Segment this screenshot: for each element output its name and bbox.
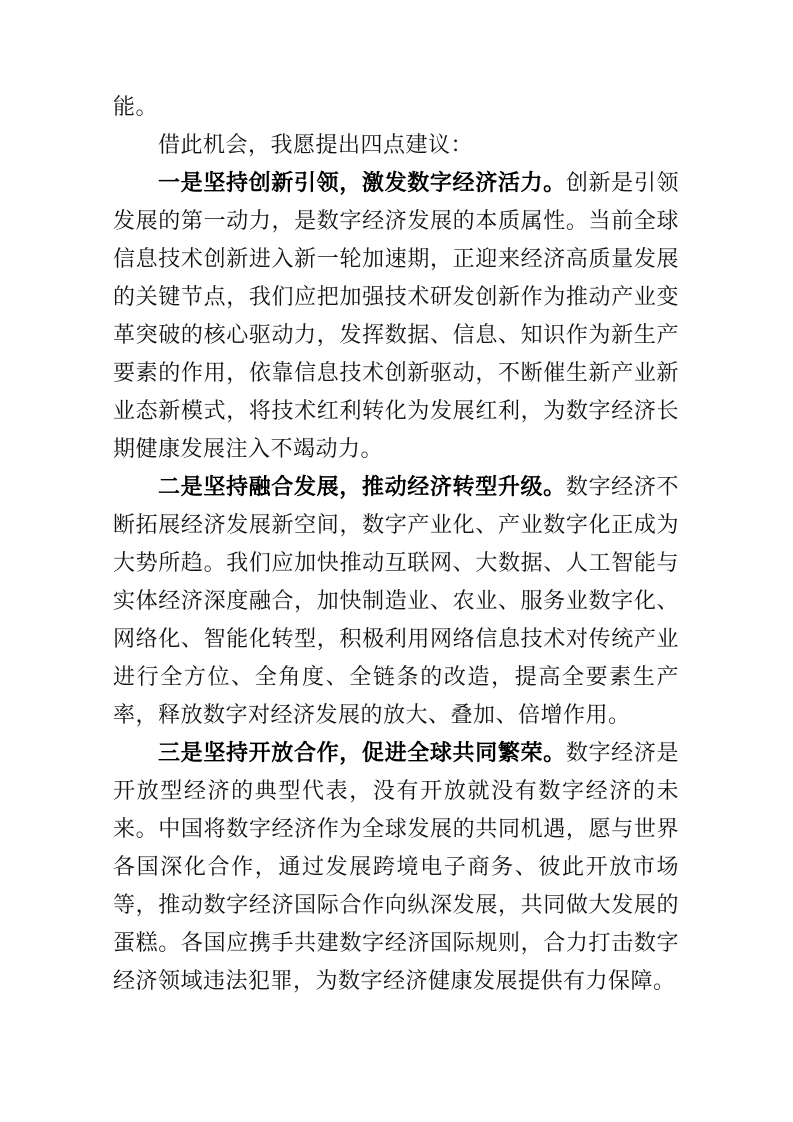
point-1-paragraph: 一是坚持创新引领，激发数字经济活力。创新是引领发展的第一动力，是数字经济发展的本… (113, 164, 679, 468)
point-1-heading: 一是坚持创新引领，激发数字经济活力。 (158, 170, 566, 195)
point-3-body: 数字经济是开放型经济的典型代表，没有开放就没有数字经济的未来。中国将数字经济作为… (113, 740, 679, 993)
point-2-paragraph: 二是坚持融合发展，推动经济转型升级。数字经济不断拓展经济发展新空间，数字产业化、… (113, 468, 679, 734)
point-3-paragraph: 三是坚持开放合作，促进全球共同繁荣。数字经济是开放型经济的典型代表，没有开放就没… (113, 734, 679, 1000)
continuation-paragraph: 能。 (113, 88, 679, 126)
point-1-body: 创新是引领发展的第一动力，是数字经济发展的本质属性。当前全球信息技术创新进入新一… (113, 170, 679, 461)
point-3-heading: 三是坚持开放合作，促进全球共同繁荣。 (158, 740, 566, 765)
point-2-body: 数字经济不断拓展经济发展新空间，数字产业化、产业数字化正成为大势所趋。我们应加快… (113, 474, 679, 727)
intro-text: 借此机会，我愿提出四点建议： (158, 132, 473, 157)
point-2-heading: 二是坚持融合发展，推动经济转型升级。 (158, 474, 566, 499)
continuation-text: 能。 (113, 94, 158, 119)
document-body: 能。 借此机会，我愿提出四点建议： 一是坚持创新引领，激发数字经济活力。创新是引… (113, 88, 679, 1000)
document-page: 能。 借此机会，我愿提出四点建议： 一是坚持创新引领，激发数字经济活力。创新是引… (0, 0, 793, 1122)
intro-paragraph: 借此机会，我愿提出四点建议： (113, 126, 679, 164)
